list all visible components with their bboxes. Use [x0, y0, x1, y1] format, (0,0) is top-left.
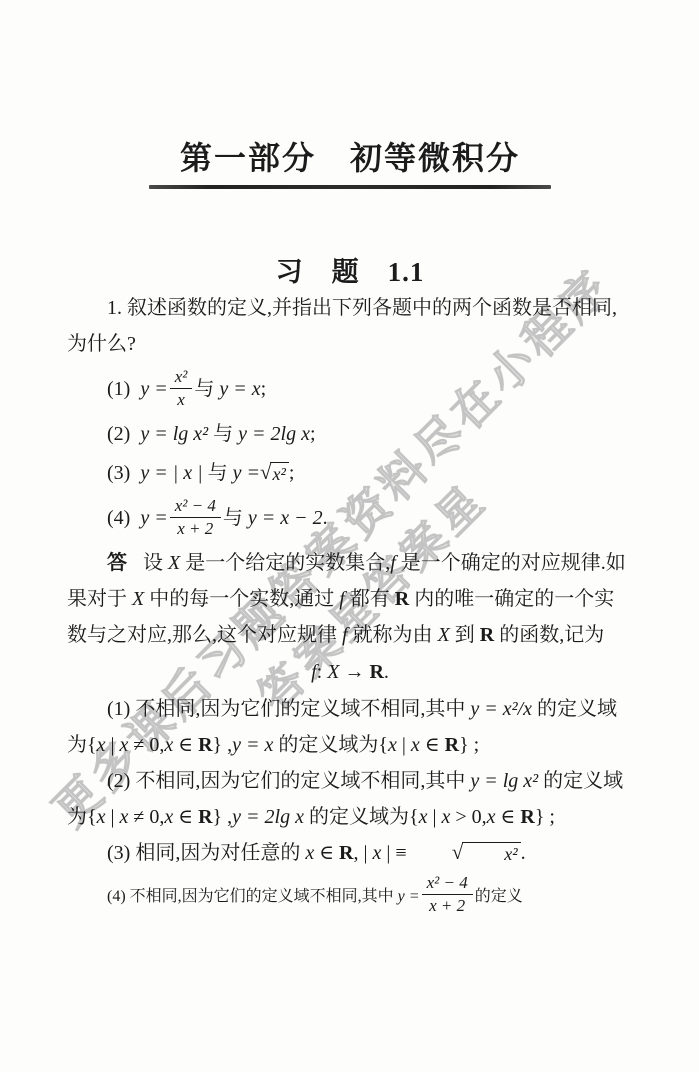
book-page: 更多课后习题答案资料尽在小程序 答案星答案星 第一部分 初等微积分 习 题 1.…	[0, 0, 699, 1072]
fraction-denominator: x + 2	[172, 518, 218, 539]
function-formula: f: X → R.	[67, 653, 633, 691]
problem-item-3: (3) y = | x | 与 y = √ x² ;	[107, 455, 633, 491]
section-title: 习 题 1.1	[67, 255, 633, 290]
problem-item-4: (4) y = x² − 4 x + 2 与 y = x − 2.	[107, 494, 633, 542]
problem-intro: 1. 叙述函数的定义,并指出下列各题中的两个函数是否相同,为什么?	[67, 290, 633, 362]
item-1-label: (1)	[107, 371, 130, 407]
item-1-pre: y =	[140, 371, 167, 407]
item-3-pre: y = | x | 与 y =	[140, 455, 260, 491]
fraction-denominator: x	[172, 389, 190, 410]
problem-item-1: (1) y = x² x 与 y = x;	[107, 365, 633, 413]
answer-paragraph: 答设 X 是一个给定的实数集合,f 是一个确定的对应规律.如果对于 X 中的每一…	[67, 545, 633, 653]
answer-item-1: (1) 不相同,因为它们的定义域不相同,其中 y = x²/x 的定义域为{x …	[67, 691, 633, 763]
problem-item-2: (2) y = lg x² 与 y = 2lg x;	[107, 416, 633, 452]
answer-item-2: (2) 不相同,因为它们的定义域不相同,其中 y = lg x² 的定义域为{x…	[67, 763, 633, 835]
item-4-fraction: x² − 4 x + 2	[170, 496, 221, 540]
fraction-numerator: x² − 4	[422, 873, 473, 895]
item-3-label: (3)	[107, 455, 130, 491]
part-title: 第一部分 初等微积分	[67, 138, 633, 178]
answer-definition-text: 设 X 是一个给定的实数集合,f 是一个确定的对应规律.如果对于 X 中的每一个…	[67, 552, 626, 646]
radical-sign: √	[412, 842, 464, 863]
answer-label: 答	[107, 552, 127, 574]
answer-3-pre: (3) 相同,因为对任意的 x ∈ R, | x | ≡	[107, 842, 412, 864]
item-4-label: (4)	[107, 500, 130, 536]
answer-3-post: .	[521, 842, 526, 864]
item-3-post: ;	[289, 455, 295, 491]
item-4-post: 与 y = x − 2.	[223, 500, 328, 536]
answer-4-post: 的定义	[475, 883, 523, 906]
answer-4-pre: (4) 不相同,因为它们的定义域不相同,其中 y =	[107, 883, 420, 906]
fraction-numerator: x²	[170, 367, 193, 389]
radicand: x²	[462, 842, 520, 865]
item-1-post: 与 y = x;	[194, 371, 266, 407]
page-content: 第一部分 初等微积分 习 题 1.1 1. 叙述函数的定义,并指出下列各题中的两…	[67, 138, 633, 918]
answer-item-3: (3) 相同,因为对任意的 x ∈ R, | x | ≡ √x².	[67, 835, 633, 871]
item-3-radical: √ x²	[260, 462, 289, 485]
fraction-numerator: x² − 4	[170, 496, 221, 518]
answer-item-4: (4) 不相同,因为它们的定义域不相同,其中 y = x² − 4 x + 2 …	[67, 871, 633, 919]
fraction-denominator: x + 2	[424, 895, 470, 916]
item-1-fraction: x² x	[170, 367, 193, 411]
item-2-text: y = lg x² 与 y = 2lg x;	[140, 416, 315, 452]
answer-4-fraction: x² − 4 x + 2	[422, 873, 473, 917]
radicand: x²	[270, 462, 288, 485]
item-2-label: (2)	[107, 416, 130, 452]
title-underline	[149, 185, 551, 189]
answer-3-radical: √x²	[412, 842, 521, 865]
item-4-pre: y =	[140, 500, 167, 536]
